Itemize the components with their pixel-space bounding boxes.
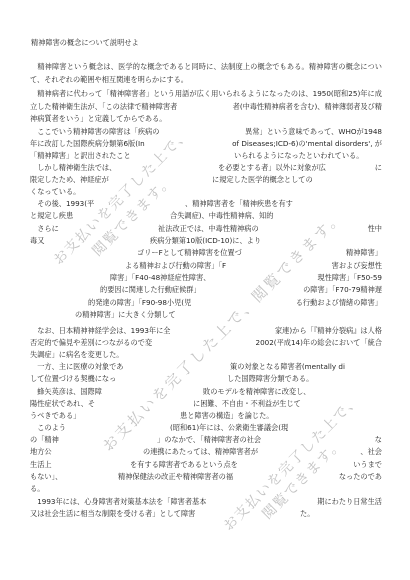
text-fragment: 失調症」に病名を変更した。 <box>30 350 123 360</box>
text-fragment: このよう <box>30 423 66 433</box>
document-line: 失調症」に病名を変更した。 <box>0 350 410 360</box>
text-fragment: した国際障害分類である。 <box>227 374 313 384</box>
document-line: 精神病者に代わって「精神障害者」という用語が広く用いられるようになったのは、19… <box>0 89 410 99</box>
text-fragment: しかし精神衛生法では、 <box>30 163 116 173</box>
document-line: 障害」「F40-48神経症性障害、 現性障害」「F50-59 <box>0 273 410 283</box>
text-fragment: of Diseases;ICD-6)の'mental disorders', が <box>232 139 382 149</box>
text-fragment: よる精神および行動の障害」「F <box>125 261 226 271</box>
text-fragment: 蜂矢英彦は、国際障 <box>30 387 102 397</box>
text-fragment: さらに <box>30 224 59 234</box>
document-line: 立した精神衛生法が、「この法律で精神障害者 者(中毒性精神病者を含む)、精神薄弱… <box>0 102 410 112</box>
document-line: て、それぞれの範囲や相互関連を明らかにする。 <box>0 75 410 85</box>
text-fragment: 精神障害という概念は、医学的な概念であると同時に、法制度上の概念でもある。精神障… <box>30 62 382 72</box>
text-fragment: 、精神障害者を「精神疾患を有す <box>185 199 293 209</box>
text-fragment: して位置づける契機になっ <box>30 374 116 384</box>
text-fragment: その後、1993(平 <box>30 199 94 209</box>
document-line: しかし精神衛生法では、 を必要とする者」以外に対象が広 に <box>0 163 410 173</box>
document-line: このよう (昭和61)年には、公衆衛生審議会(現 <box>0 423 410 433</box>
document-title: 精神障害の概念について説明せよ <box>31 38 139 48</box>
document-line: の「精神 」のなかで、「精神障害者の社会 な <box>0 435 410 445</box>
document-line: よる精神および行動の障害」「F 害および妄想性 <box>0 261 410 271</box>
text-fragment: くなっている。 <box>30 187 80 197</box>
text-fragment: (昭和61)年には、公衆衛生審議会(現 <box>170 423 288 433</box>
document-line: さらに 祉法改正では、中毒性精神病の 性中 <box>0 224 410 234</box>
text-fragment: 毒又 <box>30 236 44 246</box>
text-fragment: 精神病者に代わって「精神障害者」という用語が広く用いられるようになったのは、19… <box>30 89 382 99</box>
text-fragment: 生活上 <box>30 460 52 470</box>
text-fragment: に <box>375 163 382 173</box>
document-line: る。 <box>0 484 410 494</box>
text-fragment: 精神障害」 <box>346 248 382 258</box>
text-fragment: 一方、主に医療の対象であ <box>30 362 123 372</box>
text-fragment: 「精神障害」と訳出されたこと <box>30 151 131 161</box>
document-line: 的発達の障害」「F90-98小児(児 る行動および情緒の障害」 <box>0 298 410 308</box>
document-line: 陽性症状であれ、そ に困難、不自由・不利益が生じて <box>0 399 410 409</box>
text-fragment: もない」、 <box>30 472 62 482</box>
document-line: の精神障害」に大きく分類して <box>0 310 410 320</box>
document-line: 生活上 を有する障害者であるという点を いうまで <box>0 460 410 470</box>
text-fragment: なったのであ <box>339 472 382 482</box>
text-fragment: 限定したため、神経症が <box>30 175 109 185</box>
text-fragment: 年に改訂した国際疾病分類第6版(In <box>30 139 145 149</box>
text-fragment: いられるようになったといわれている。 <box>234 151 363 161</box>
text-fragment: な <box>375 435 382 445</box>
text-fragment: 期にわたり日常生活 <box>317 497 382 507</box>
text-fragment: 策の対象となる障害者(mentally di <box>230 362 345 372</box>
text-fragment: 1993年には、心身障害者対策基本法を「障害者基本 <box>30 497 206 507</box>
text-fragment: うべきである」 <box>30 411 80 421</box>
text-fragment: 疾病分類第10版(ICD-10)に、より <box>150 236 261 246</box>
text-fragment: に規定した医学的概念としての <box>212 175 313 185</box>
text-fragment: る行動および情緒の障害」 <box>296 298 382 308</box>
text-fragment: ゴリーFとして精神障害を位置づ <box>137 248 242 258</box>
text-fragment: 地方公 <box>30 447 52 457</box>
document-line: 又は社会生活に相当な制限を受ける者」として障害 た。 <box>0 509 410 519</box>
document-line: 精神障害という概念は、医学的な概念であると同時に、法制度上の概念でもある。精神障… <box>0 62 410 72</box>
text-fragment: た。 <box>300 509 314 519</box>
text-fragment: 現性障害」「F50-59 <box>317 273 382 283</box>
text-fragment: 立した精神衛生法が、「この法律で精神障害者 <box>30 102 177 112</box>
text-fragment: を必要とする者」以外に対象が広 <box>218 163 326 173</box>
text-fragment: なお、日本精神神経学会は、1993年に全 <box>30 326 170 336</box>
text-fragment: と規定し疾患 <box>30 211 73 221</box>
document-line: 的要因に関連した行動症候群」 の障害」「F70-79精神遅 <box>0 285 410 295</box>
text-fragment: 合失調症)、中毒性精神病、知的 <box>170 211 273 221</box>
text-fragment: 的発達の障害」「F90-98小児(児 <box>88 298 191 308</box>
document-line: ゴリーFとして精神障害を位置づ 精神障害」 <box>0 248 410 258</box>
text-fragment: 家連)から「『精神分裂病』は人格 <box>275 326 382 336</box>
document-line: 蜂矢英彦は、国際障 敗のモデルを精神障害に改変し、 <box>0 387 410 397</box>
text-fragment: 害および妄想性 <box>332 261 382 271</box>
document-page: お支払いを完了した上で、 閲覧できます。 お支払いを完了した上で、閲覧できます。… <box>0 0 410 580</box>
document-line: 年に改訂した国際疾病分類第6版(In of Diseases;ICD-6)の'm… <box>0 139 410 149</box>
document-line: くなっている。 <box>0 187 410 197</box>
text-fragment: 神病質者をいう」と定義してからである。 <box>30 114 167 124</box>
document-line: と規定し疾患 合失調症)、中毒性精神病、知的 <box>0 211 410 221</box>
document-line: なお、日本精神神経学会は、1993年に全 家連)から「『精神分裂病』は人格 <box>0 326 410 336</box>
text-fragment: 異常」という意味であって、WHOが1948 <box>245 127 382 137</box>
text-fragment: 2002(平成14)年の総会において「統合 <box>256 338 383 348</box>
document-line: 地方公 の連携にあたっては、精神障害者が 、社会 <box>0 447 410 457</box>
text-fragment: 的要因に関連した行動症候群」 <box>100 285 201 295</box>
text-fragment: の「精神 <box>30 435 59 445</box>
document-line: 「精神障害」と訳出されたこと いられるようになったといわれている。 <box>0 151 410 161</box>
text-fragment: の精神障害」に大きく分類して <box>75 310 176 320</box>
text-fragment: を有する障害者であるという点を <box>130 460 238 470</box>
document-line: ここでいう精神障害の障害は「疾病の 異常」という意味であって、WHOが1948 <box>0 127 410 137</box>
document-line: 限定したため、神経症が に規定した医学的概念としての <box>0 175 410 185</box>
text-fragment: 患と障害の構造」を論じた。 <box>180 411 273 421</box>
document-line: して位置づける契機になっ した国際障害分類である。 <box>0 374 410 384</box>
text-fragment: て、それぞれの範囲や相互関連を明らかにする。 <box>30 75 188 85</box>
document-line: 神病質者をいう」と定義してからである。 <box>0 114 410 124</box>
document-line: 否定的で偏見や差別につながるので変 2002(平成14)年の総会において「統合 <box>0 338 410 348</box>
text-fragment: る。 <box>30 484 44 494</box>
text-fragment: 者(中毒性精神病者を含む)、精神薄弱者及び精 <box>233 102 382 112</box>
text-fragment: 又は社会生活に相当な制限を受ける者」として障害 <box>30 509 195 519</box>
text-fragment: 陽性症状であれ、そ <box>30 399 95 409</box>
text-fragment: の連携にあたっては、精神障害者が <box>143 447 258 457</box>
text-fragment: 、社会 <box>360 447 382 457</box>
text-fragment: 祉法改正では、中毒性精神病の <box>158 224 259 234</box>
text-fragment: 敗のモデルを精神障害に改変し、 <box>203 387 310 397</box>
document-line: 1993年には、心身障害者対策基本法を「障害者基本 期にわたり日常生活 <box>0 497 410 507</box>
text-fragment: 精神保健法の改正や精神障害者の福 <box>118 472 233 482</box>
text-fragment: ここでいう精神障害の障害は「疾病の <box>30 127 159 137</box>
text-fragment: 」のなかで、「精神障害者の社会 <box>157 435 261 445</box>
text-fragment: の障害」「F70-79精神遅 <box>303 285 382 295</box>
document-line: うべきである」 患と障害の構造」を論じた。 <box>0 411 410 421</box>
text-fragment: 障害」「F40-48神経症性障害、 <box>110 273 210 283</box>
document-line: 毒又 疾病分類第10版(ICD-10)に、より <box>0 236 410 246</box>
text-fragment: に困難、不自由・不利益が生じて <box>193 399 301 409</box>
text-fragment: 否定的で偏見や差別につながるので変 <box>30 338 152 348</box>
text-fragment: いうまで <box>353 460 382 470</box>
document-line: 一方、主に医療の対象であ 策の対象となる障害者(mentally di <box>0 362 410 372</box>
text-fragment: 性中 <box>368 224 382 234</box>
document-line: もない」、 精神保健法の改正や精神障害者の福 なったのであ <box>0 472 410 482</box>
document-line: その後、1993(平 、精神障害者を「精神疾患を有す <box>0 199 410 209</box>
